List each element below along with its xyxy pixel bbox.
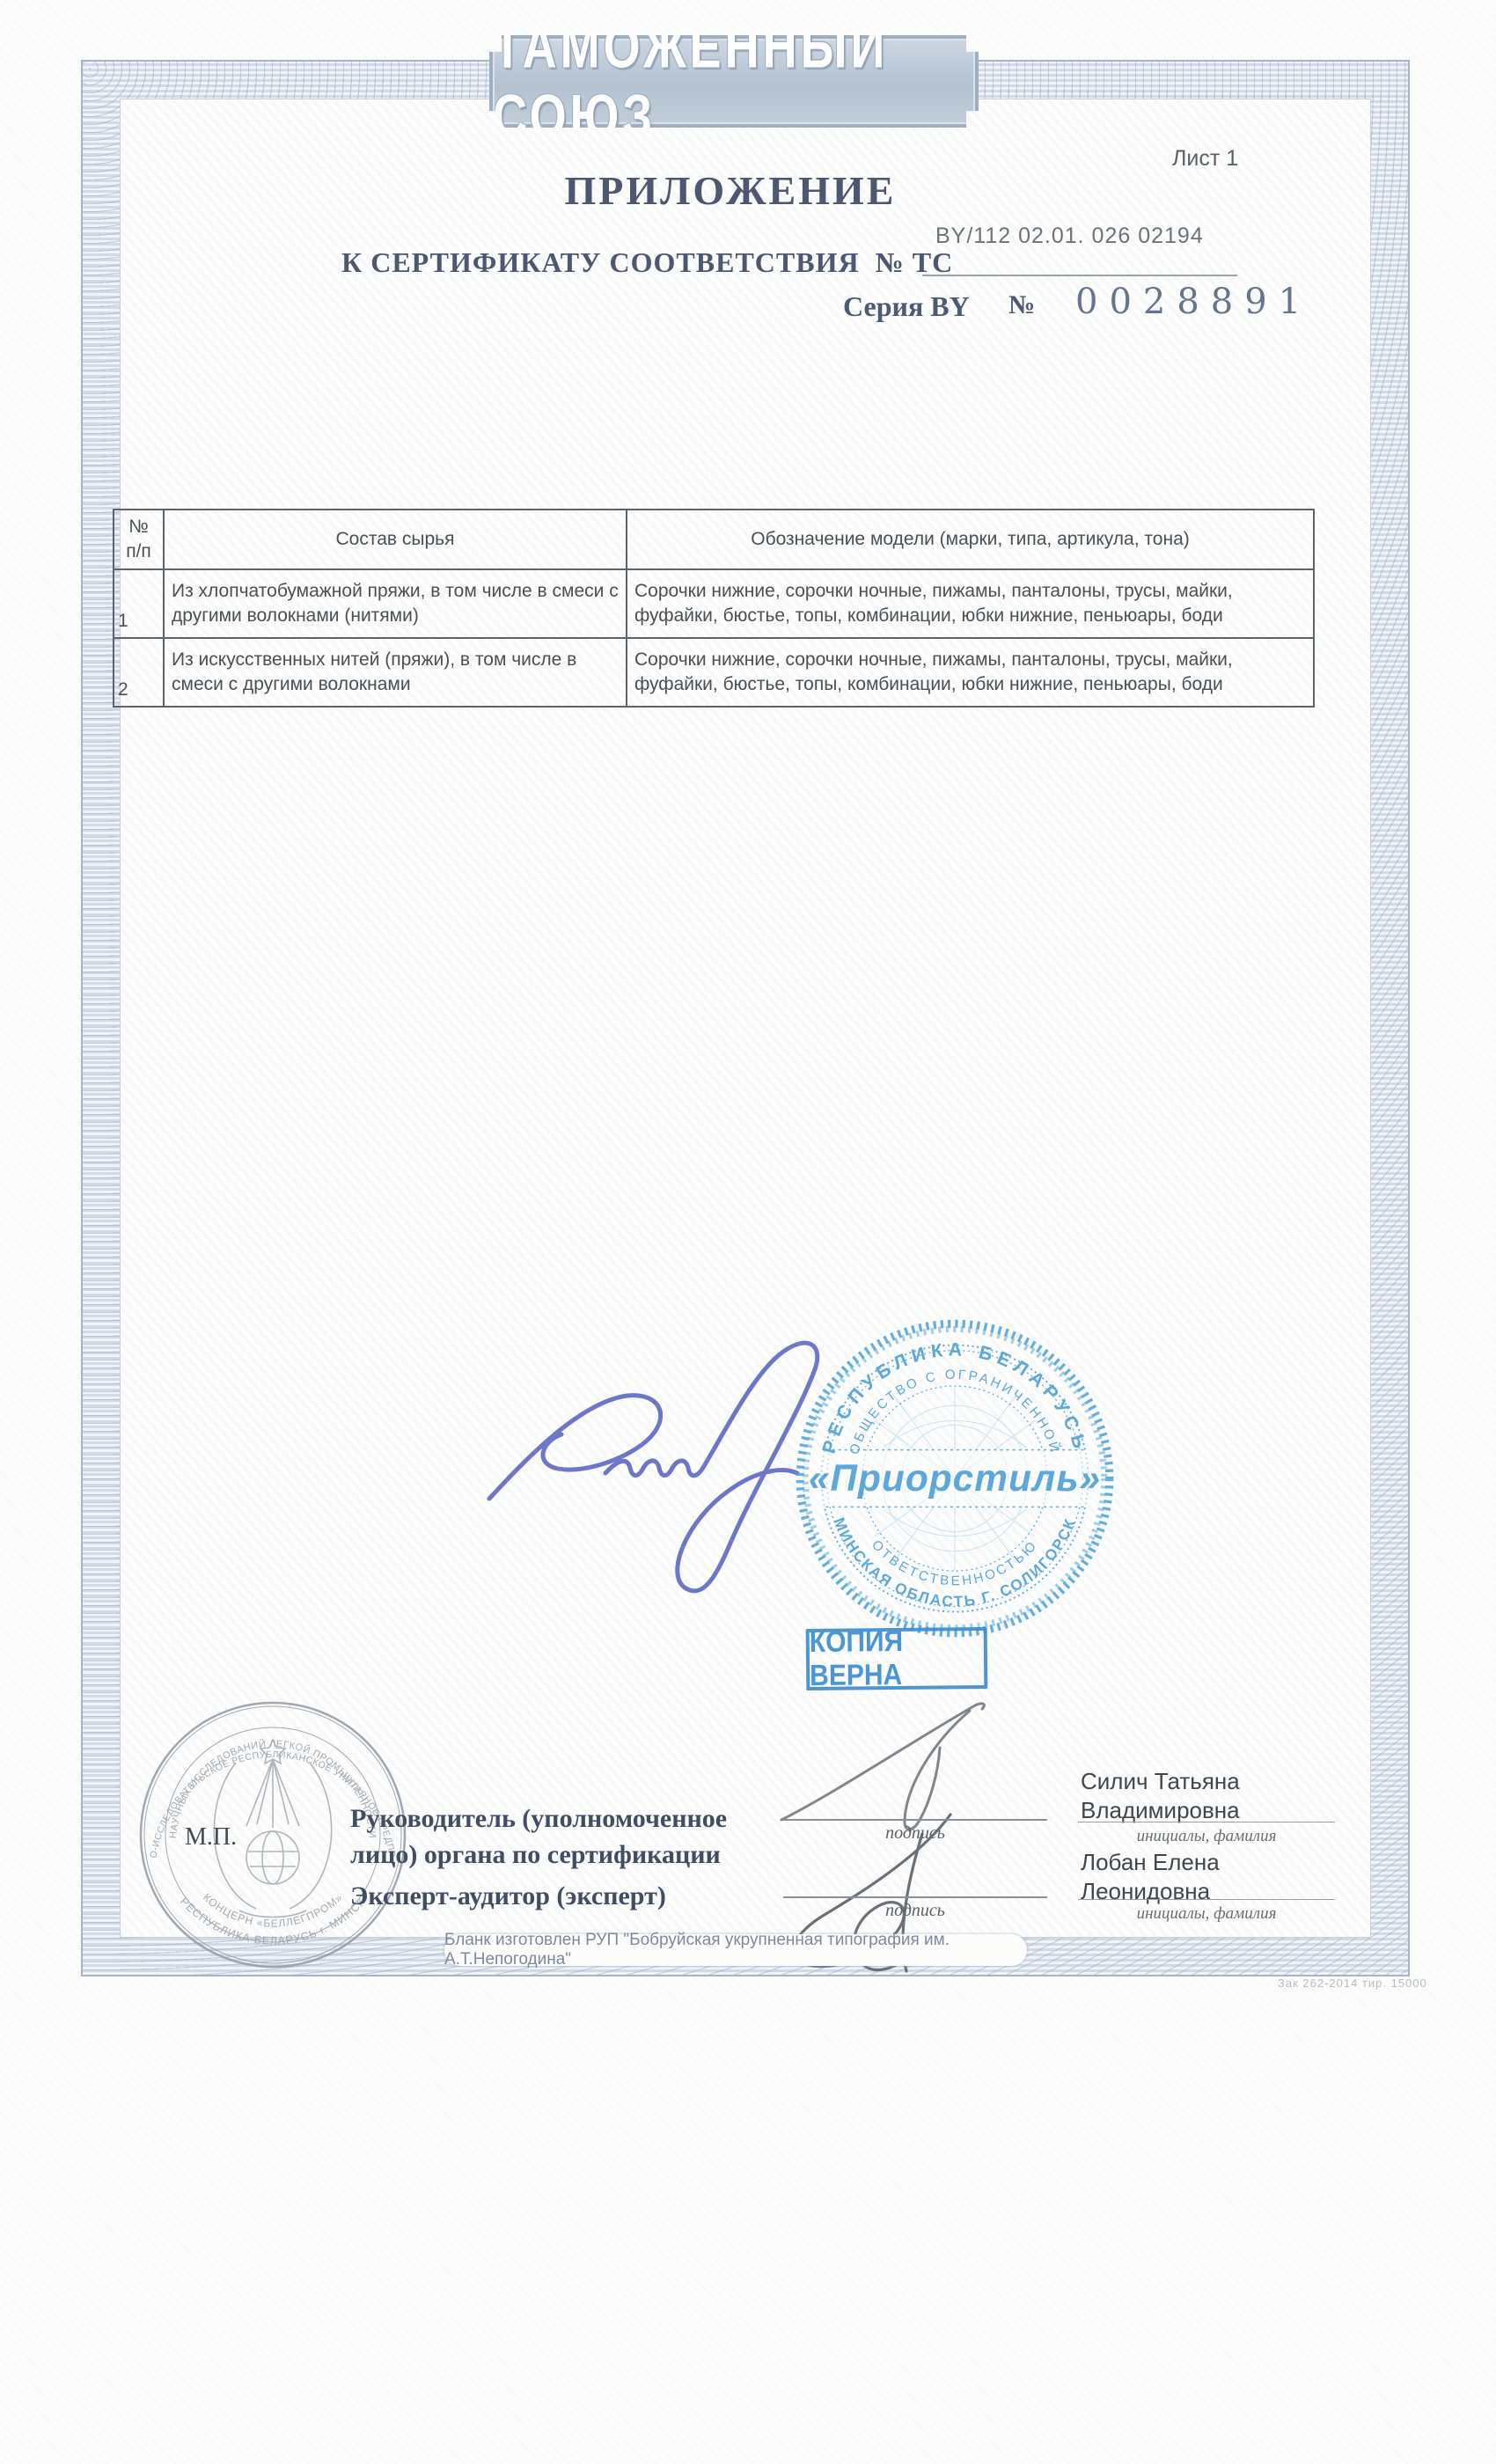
name-line-1 bbox=[1078, 1822, 1335, 1822]
stamp-company-name: «Приорстиль» bbox=[809, 1457, 1101, 1499]
copy-verified-stamp-text: КОПИЯ ВЕРНА bbox=[810, 1624, 985, 1693]
name-caption-2: инициалы, фамилия bbox=[1078, 1904, 1335, 1924]
role-head-line1: Руководитель (уполномоченное bbox=[350, 1804, 727, 1833]
copy-verified-stamp: КОПИЯ ВЕРНА bbox=[806, 1627, 988, 1690]
signature-caption-2: подпись bbox=[783, 1901, 1047, 1921]
signature-caption-1: подпись bbox=[783, 1823, 1047, 1844]
role-head-line2: лицо) органа по сертификации bbox=[350, 1840, 721, 1869]
signature-line-1 bbox=[783, 1819, 1047, 1821]
certificate-number: BY/112 02.01. 026 02194 bbox=[935, 224, 1204, 249]
certificate-subtitle: К СЕРТИФИКАТУ СООТВЕТСТВИЯ № ТС bbox=[341, 246, 953, 279]
blank-serial-number: 0028891 bbox=[1075, 282, 1312, 322]
customs-union-banner: ТАМОЖЕННЫЙ СОЮЗ bbox=[489, 35, 979, 128]
appendix-title: ПРИЛОЖЕНИЕ bbox=[352, 167, 1109, 214]
role-expert-auditor: Эксперт-аудитор (эксперт) bbox=[350, 1881, 666, 1911]
signer-2-name: Лобан Елена Леонидовна bbox=[1081, 1848, 1353, 1906]
signature-line-2 bbox=[783, 1896, 1047, 1898]
certificate-paper-area bbox=[120, 99, 1371, 1938]
name-caption-1: инициалы, фамилия bbox=[1078, 1827, 1335, 1846]
signer-1-name: Силич Татьяна Владимировна bbox=[1081, 1767, 1353, 1825]
table-header-composition: Состав сырья bbox=[164, 510, 627, 569]
signer-2-line1: Лобан Елена bbox=[1081, 1849, 1220, 1875]
table-row: 1 Из хлопчатобумажной пряжи, в том числе… bbox=[114, 569, 1314, 638]
composition-cell: Из хлопчатобумажной пряжи, в том числе в… bbox=[164, 569, 627, 638]
table-header-num: № п/п bbox=[114, 510, 164, 569]
composition-cell: Из искусственных нитей (пряжи), в том чи… bbox=[164, 638, 627, 707]
composition-table: № п/п Состав сырья Обозначение модели (м… bbox=[113, 509, 1315, 708]
row-number-cell: 2 bbox=[114, 638, 164, 707]
model-cell: Сорочки нижние, сорочки ночные, пижамы, … bbox=[627, 569, 1314, 638]
numero-sign: № bbox=[1008, 290, 1035, 320]
series-label: Серия BY bbox=[843, 290, 970, 323]
certificate-number-underline bbox=[922, 275, 1237, 276]
table-header-row: № п/п Состав сырья Обозначение модели (м… bbox=[114, 510, 1314, 569]
table-header-model: Обозначение модели (марки, типа, артикул… bbox=[627, 510, 1314, 569]
signer-2-line2: Леонидовна bbox=[1081, 1878, 1210, 1904]
row-number-cell: 1 bbox=[114, 569, 164, 638]
guilloche-border-frame bbox=[81, 60, 1410, 1976]
name-line-2 bbox=[1078, 1899, 1335, 1900]
model-cell: Сорочки нижние, сорочки ночные, пижамы, … bbox=[627, 638, 1314, 707]
printer-note: Бланк изготовлен РУП "Бобруйская укрупне… bbox=[444, 1934, 1027, 1966]
signer-1-line1: Силич Татьяна bbox=[1081, 1768, 1240, 1794]
seal-place-label: М.П. bbox=[185, 1823, 237, 1852]
priorstil-round-stamp: РЕСПУБЛИКА БЕЛАРУСЬ ОБЩЕСТВО С ОГРАНИЧЕН… bbox=[786, 1305, 1124, 1652]
table-row: 2 Из искусственных нитей (пряжи), в том … bbox=[114, 638, 1314, 707]
signer-1-line2: Владимировна bbox=[1081, 1797, 1240, 1823]
sheet-number-label: Лист 1 bbox=[1172, 146, 1238, 172]
print-order-note: Зак 262-2014 тир. 15000 bbox=[1278, 1976, 1427, 1990]
scanned-certificate-page: ТАМОЖЕННЫЙ СОЮЗ Лист 1 ПРИЛОЖЕНИЕ BY/112… bbox=[0, 0, 1496, 2464]
